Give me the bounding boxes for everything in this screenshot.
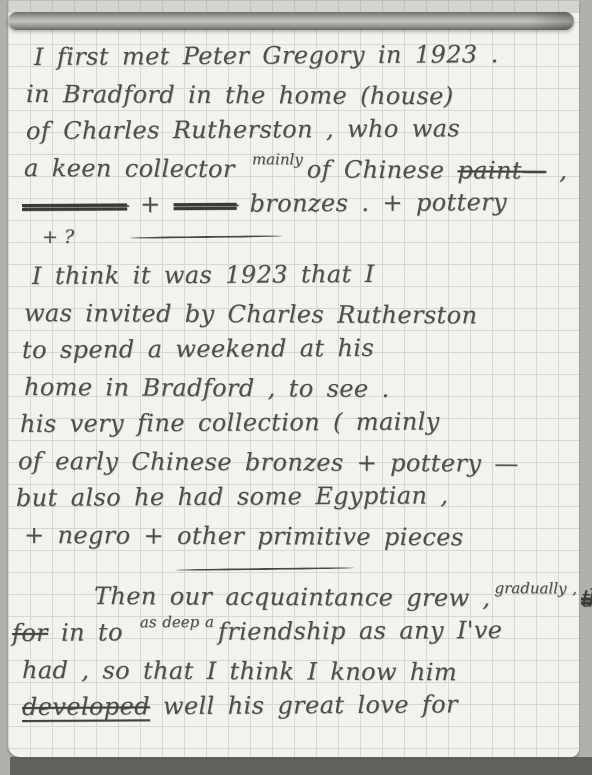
notebook-photo: I first met Peter Gregory in 1923 .in Br… bbox=[0, 0, 592, 775]
manuscript-line: to spend a weekend at his bbox=[22, 329, 579, 369]
struck-text: for bbox=[12, 619, 48, 647]
manuscript-text: but also he had some Egyptian , bbox=[16, 481, 449, 512]
manuscript-text: I first met Peter Gregory in 1923 . bbox=[34, 40, 499, 71]
manuscript-text: was invited by Charles Rutherston bbox=[24, 299, 477, 329]
manuscript-text: a keen collector bbox=[24, 154, 248, 183]
manuscript-line: I first met Peter Gregory in 1923 . bbox=[34, 36, 579, 76]
inserted-word: mainly bbox=[252, 152, 303, 167]
manuscript-text: in Bradford in the home (house) bbox=[26, 80, 454, 110]
illegible-scribble: ————— bbox=[22, 190, 127, 219]
notebook-bottom-edge bbox=[10, 757, 592, 775]
manuscript-text: well his great love for bbox=[150, 690, 458, 720]
manuscript-text: had , so that I think I know him bbox=[22, 656, 457, 686]
page-curl-edge bbox=[8, 12, 574, 30]
manuscript-text: of early Chinese bronzes + pottery — bbox=[18, 447, 519, 478]
manuscript-text: of Chinese bbox=[307, 155, 458, 184]
manuscript-text: home in Bradford , to see . bbox=[24, 373, 390, 403]
illegible-scribble: ——— bbox=[173, 190, 236, 218]
manuscript-text: of Charles Rutherston , who was bbox=[26, 114, 460, 145]
manuscript-line: his very fine collection ( mainly bbox=[20, 403, 579, 443]
manuscript-text: in to bbox=[48, 618, 136, 647]
manuscript-text: I think it was 1923 that I bbox=[32, 260, 375, 290]
manuscript-line: of Charles Rutherston , who was bbox=[26, 110, 579, 150]
manuscript-text: friendship as any I've bbox=[218, 616, 503, 646]
manuscript-line: I think it was 1923 that I bbox=[32, 255, 579, 295]
inserted-word: as deep a bbox=[140, 615, 214, 630]
manuscript-text: + bbox=[127, 190, 174, 218]
separator-rule bbox=[130, 235, 282, 239]
struck-text: paint— bbox=[457, 156, 546, 184]
manuscript-text: bronzes . + pottery bbox=[236, 188, 507, 218]
manuscript-line: for in to as deep afriendship as any I'v… bbox=[12, 612, 579, 652]
manuscript-text: his very fine collection ( mainly bbox=[20, 407, 440, 438]
manuscript-text: , bbox=[546, 157, 567, 185]
inserted-word: gradually , bbox=[495, 581, 578, 596]
manuscript-text: to spend a weekend at his bbox=[22, 334, 374, 364]
separator-rule bbox=[176, 567, 354, 571]
manuscript-line: developed well his great love for bbox=[22, 686, 579, 726]
handwritten-text: I first met Peter Gregory in 1923 .in Br… bbox=[8, 30, 579, 757]
manuscript-line: ————— + ——— bronzes . + pottery bbox=[22, 184, 579, 224]
struck-text: developed bbox=[22, 692, 150, 721]
squared-paper-page: I first met Peter Gregory in 1923 .in Br… bbox=[8, 0, 579, 757]
manuscript-text: + negro + other primitive pieces bbox=[24, 521, 464, 551]
manuscript-line: but also he had some Egyptian , bbox=[16, 477, 579, 517]
manuscript-line: + negro + other primitive pieces bbox=[24, 517, 579, 557]
annotation-mark: + ? bbox=[42, 226, 74, 248]
manuscript-text: Then our acquaintance grew , bbox=[94, 582, 491, 612]
separator-rule-row: + ? bbox=[42, 224, 579, 250]
illegible-scribble: the — bbox=[581, 585, 592, 613]
